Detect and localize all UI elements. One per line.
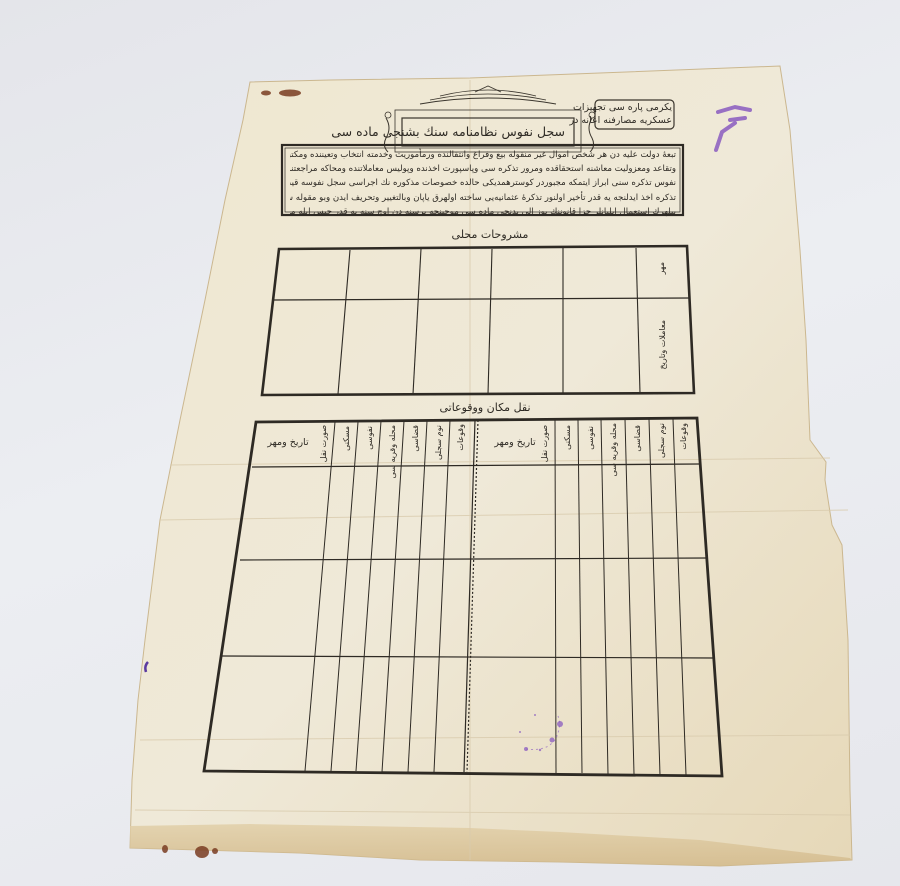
col-head-register-no-left: نوم سجلی: [434, 425, 443, 460]
notice-line: تبعهٔ دولت علیه دن هر شخص اموال غیر منقو…: [290, 148, 676, 162]
stamp-box-line-2: عسکریه مصارفنه اعانه در: [598, 114, 672, 128]
notice-line: وتقاعد ومعزولیت معاشنه استحقاقده ومرور ت…: [290, 162, 676, 176]
notice-line: نفوس تذکره سنی ابراز ایتمکه مجبوردر کوست…: [290, 176, 676, 190]
section1-row-label-transactions: معاملات وتاریخ: [658, 320, 667, 370]
notice-line: تذکره اخذ ایدلنجه یه قدر تأخیر اولنور تذ…: [290, 191, 676, 205]
document-photo: سجل نفوس نظامنامه سنك بشنجی ماده سی یکرم…: [0, 0, 900, 886]
col-head-events-left: وقوعات: [456, 424, 465, 451]
col-head-neighborhood: محله وقریه سی: [609, 423, 618, 476]
col-head-residence-left: مسکنی: [342, 426, 351, 451]
section1-title: مشروحات محلی: [440, 228, 540, 241]
col-head-residence: مسکنی: [563, 425, 572, 450]
col-head-population-left: نفوسی: [365, 426, 374, 450]
col-head-transfer-type: صورت نقل: [540, 425, 549, 462]
col-head-events: وقوعات: [679, 423, 688, 450]
notice-paragraph: تبعهٔ دولت علیه دن هر شخص اموال غیر منقو…: [290, 148, 676, 219]
section1-row-label-seal: مهر: [657, 262, 666, 274]
col-head-date-seal-right: تاریخ ومهر: [490, 437, 540, 448]
col-head-district-left: قضاسی: [411, 425, 420, 452]
col-head-population: نفوسی: [586, 426, 595, 450]
col-head-date-seal-left: تاریخ ومهر: [258, 437, 318, 448]
col-head-neighborhood-left: محله وقریه سی: [388, 425, 397, 478]
col-head-district: قضاسی: [633, 425, 642, 452]
stamp-box-line-1: یکرمی پاره سی تجهیزات: [598, 101, 672, 115]
section2-title: نقل مکان ووقوعاتی: [425, 401, 545, 414]
col-head-transfer-type-left: صورت نقل: [319, 425, 328, 462]
notice-line: بیلهرك استعمال ایلیانلر جزا قانوننك یوز …: [290, 205, 676, 219]
form-title: سجل نفوس نظامنامه سنك بشنجی ماده سی: [410, 124, 565, 139]
col-head-register-no: نوم سجلی: [657, 423, 666, 458]
